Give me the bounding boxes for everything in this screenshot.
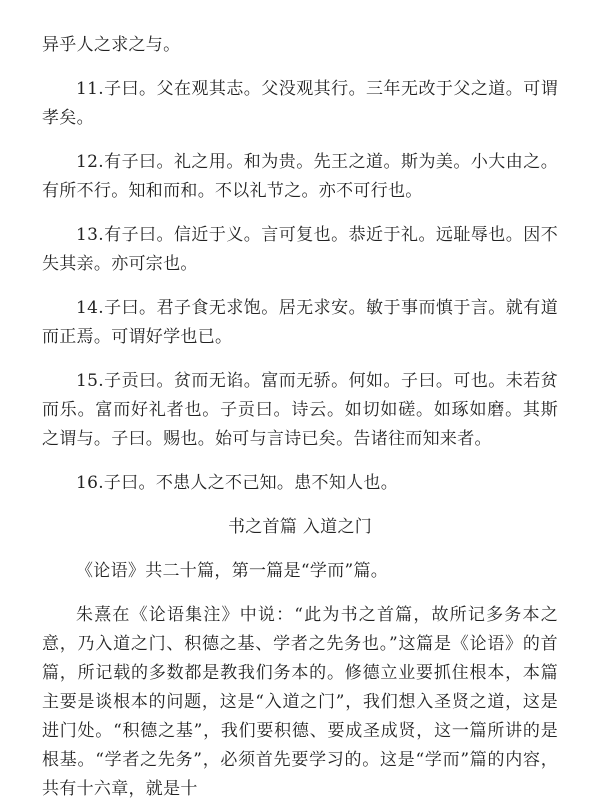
paragraph-intro: 《论语》共二十篇，第一篇是“学而”篇。 <box>42 557 558 586</box>
paragraph-chapter-16: 16.子曰。不患人之不己知。患不知人也。 <box>42 469 558 498</box>
text-block: 异乎人之求之与。 11.子曰。父在观其志。父没观其行。三年无改于父之道。可谓孝矣… <box>0 0 600 800</box>
paragraph-chapter-11: 11.子曰。父在观其志。父没观其行。三年无改于父之道。可谓孝矣。 <box>42 75 558 133</box>
section-heading: 书之首篇 入道之门 <box>42 513 558 542</box>
paragraph-zhuxi-commentary: 朱熹在《论语集注》中说：“此为书之首篇，故所记多务本之意，乃入道之门、积德之基、… <box>42 601 558 800</box>
paragraph-chapter-15: 15.子贡曰。贫而无谄。富而无骄。何如。子曰。可也。未若贫而乐。富而好礼者也。子… <box>42 367 558 454</box>
document-page: 异乎人之求之与。 11.子曰。父在观其志。父没观其行。三年无改于父之道。可谓孝矣… <box>0 0 600 800</box>
paragraph-chapter-13: 13.有子曰。信近于义。言可复也。恭近于礼。远耻辱也。因不失其亲。亦可宗也。 <box>42 221 558 279</box>
paragraph-chapter-12: 12.有子曰。礼之用。和为贵。先王之道。斯为美。小大由之。有所不行。知和而和。不… <box>42 148 558 206</box>
paragraph-chapter-14: 14.子曰。君子食无求饱。居无求安。敏于事而慎于言。就有道而正焉。可谓好学也已。 <box>42 294 558 352</box>
paragraph-continuation: 异乎人之求之与。 <box>42 31 558 60</box>
